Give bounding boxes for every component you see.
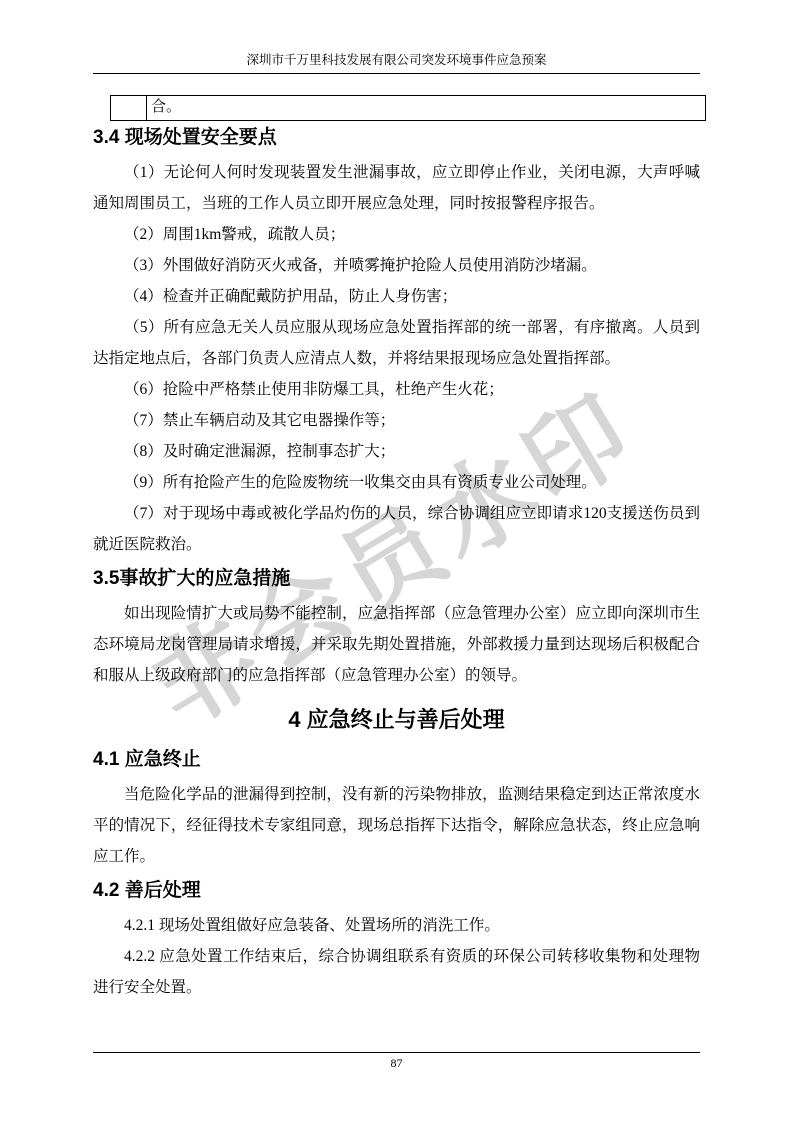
document-body: 3.4 现场处置安全要点 （1）无论何人何时发现装置发生泄漏事故，应立即停止作业…: [93, 123, 700, 1003]
paragraph-item-3: （3）外围做好消防灭火戒备，并喷雾掩护抢险人员使用消防沙堵漏。: [93, 250, 700, 281]
paragraph-item-7: （7）禁止车辆启动及其它电器操作等；: [93, 405, 700, 436]
document-page: 非会员水印 深圳市千万里科技发展有限公司突发环境事件应急预案 合。 3.4 现场…: [0, 0, 793, 1122]
paragraph-item-5: （5）所有应急无关人员应服从现场应急处置指挥部的统一部署，有序撤离。人员到达指定…: [93, 312, 700, 374]
paragraph-item-9: （9）所有抢险产生的危险废物统一收集交由具有资质专业公司处理。: [93, 467, 700, 498]
page-header: 深圳市千万里科技发展有限公司突发环境事件应急预案: [93, 52, 700, 74]
paragraph-item-2: （2）周围1km警戒，疏散人员；: [93, 219, 700, 250]
table-row: 合。: [111, 96, 706, 121]
section-heading-4-2: 4.2 善后处理: [93, 878, 700, 904]
page-number: 87: [391, 1056, 403, 1070]
page-header-title: 深圳市千万里科技发展有限公司突发环境事件应急预案: [246, 53, 546, 67]
chapter-heading-4: 4 应急终止与善后处理: [93, 705, 700, 735]
paragraph-4-2-2: 4.2.2 应急处置工作结束后，综合协调组联系有资质的环保公司转移收集物和处理物…: [93, 941, 700, 1003]
paragraph-item-6: （6）抢险中严格禁止使用非防爆工具，杜绝产生火花；: [93, 374, 700, 405]
section-heading-3-4: 3.4 现场处置安全要点: [93, 125, 700, 151]
paragraph-4-1: 当危险化学品的泄漏得到控制，没有新的污染物排放，监测结果稳定到达正常浓度水平的情…: [93, 779, 700, 872]
section-heading-4-1: 4.1 应急终止: [93, 747, 700, 773]
paragraph-item-8: （8）及时确定泄漏源，控制事态扩大；: [93, 436, 700, 467]
table-cell-text: 合。: [147, 96, 706, 121]
table-cell-empty: [111, 96, 147, 121]
paragraph-item-7b: （7）对于现场中毒或被化学品灼伤的人员，综合协调组应立即请求120支援送伤员到就…: [93, 498, 700, 560]
section-heading-3-5: 3.5事故扩大的应急措施: [93, 566, 700, 592]
table-fragment: 合。: [110, 95, 706, 121]
page-footer: 87: [93, 1052, 700, 1071]
paragraph-item-4: （4）检查并正确配戴防护用品，防止人身伤害；: [93, 281, 700, 312]
paragraph-3-5: 如出现险情扩大或局势不能控制，应急指挥部（应急管理办公室）应立即向深圳市生态环境…: [93, 598, 700, 691]
paragraph-item-1: （1）无论何人何时发现装置发生泄漏事故，应立即停止作业，关闭电源，大声呼喊通知周…: [93, 157, 700, 219]
paragraph-4-2-1: 4.2.1 现场处置组做好应急装备、处置场所的消洗工作。: [93, 910, 700, 941]
